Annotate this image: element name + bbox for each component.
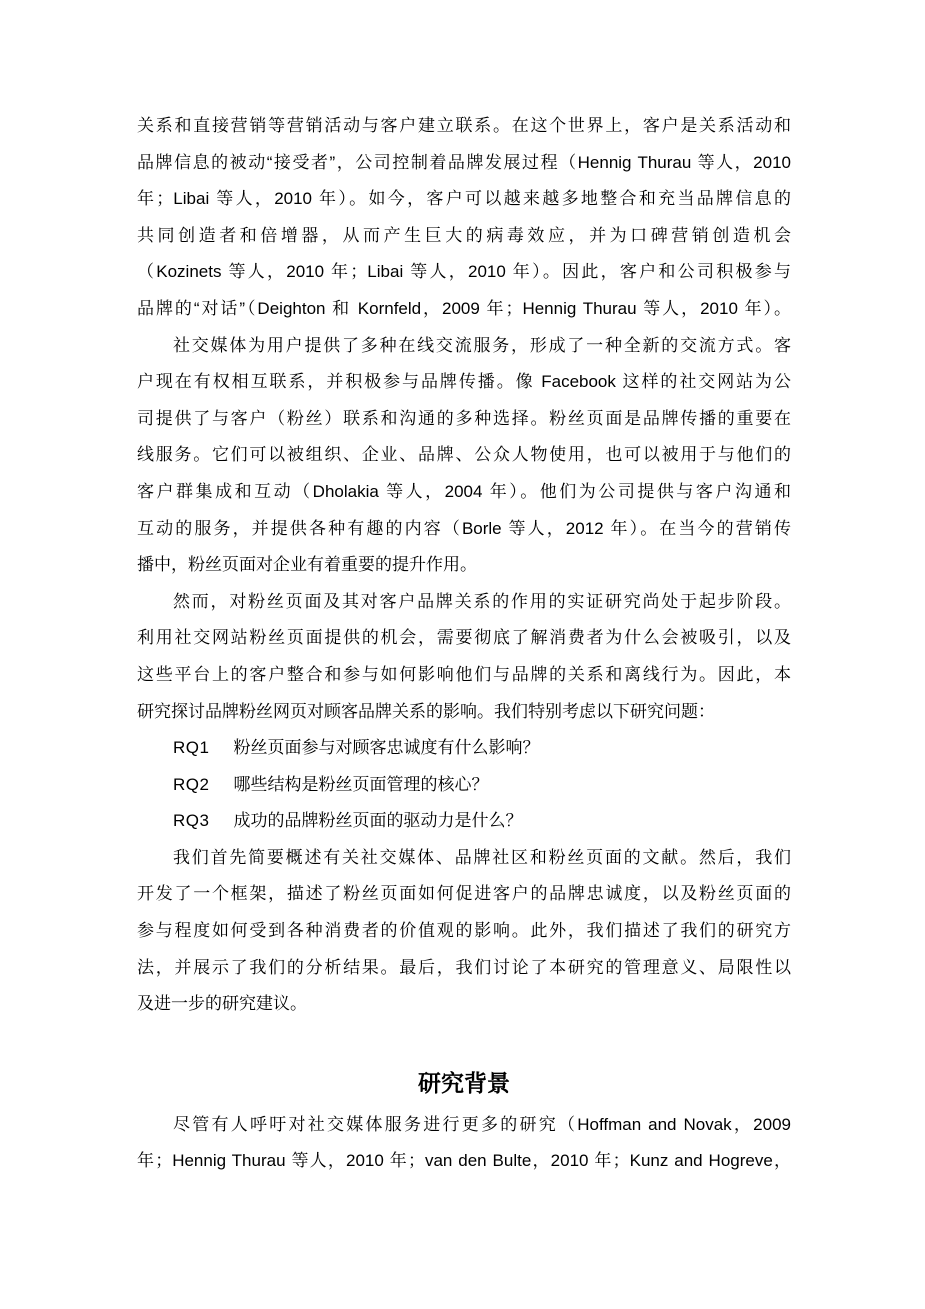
research-question: RQ1粉丝页面参与对顾客忠诚度有什么影响？ [137, 730, 791, 767]
text-line: 利用社交网站粉丝页面提供的机会，需要彻底了解消费者为什么会被吸引，以及 [137, 620, 791, 657]
research-question: RQ2哪些结构是粉丝页面管理的核心？ [137, 767, 791, 804]
text-line: 及进一步的研究建议。 [137, 986, 791, 1023]
text-line: 播中，粉丝页面对企业有着重要的提升作用。 [137, 547, 791, 584]
text-line: 品牌信息的被动“接受者”，公司控制着品牌发展过程（Hennig Thurau 等… [137, 145, 791, 182]
document-page: 关系和直接营销等营销活动与客户建立联系。在这个世界上，客户是关系活动和品牌信息的… [0, 0, 925, 1309]
section-heading: 研究背景 [137, 1063, 791, 1103]
research-question: RQ3成功的品牌粉丝页面的驱动力是什么？ [137, 803, 791, 840]
research-question-label: RQ2 [173, 767, 209, 804]
text-line: 法，并展示了我们的分析结果。最后，我们讨论了本研究的管理意义、局限性以 [137, 950, 791, 987]
text-line: 互动的服务，并提供各种有趣的内容（Borle 等人，2012 年）。在当今的营销… [137, 511, 791, 548]
text-line: 线服务。它们可以被组织、企业、品牌、公众人物使用，也可以被用于与他们的 [137, 437, 791, 474]
text-line: 然而，对粉丝页面及其对客户品牌关系的作用的实证研究尚处于起步阶段。 [137, 584, 791, 621]
text-line: 客户群集成和互动（Dholakia 等人，2004 年）。他们为公司提供与客户沟… [137, 474, 791, 511]
research-question-text: 成功的品牌粉丝页面的驱动力是什么？ [233, 811, 522, 830]
text-line: 共同创造者和倍增器，从而产生巨大的病毒效应，并为口碑营销创造机会 [137, 218, 791, 255]
text-line: （Kozinets 等人，2010 年；Libai 等人，2010 年）。因此，… [137, 254, 791, 291]
text-line: 司提供了与客户（粉丝）联系和沟通的多种选择。粉丝页面是品牌传播的重要在 [137, 401, 791, 438]
text-line: 研究探讨品牌粉丝网页对顾客品牌关系的影响。我们特别考虑以下研究问题： [137, 694, 791, 731]
document-content: 关系和直接营销等营销活动与客户建立联系。在这个世界上，客户是关系活动和品牌信息的… [137, 108, 791, 1180]
text-line: 参与程度如何受到各种消费者的价值观的影响。此外，我们描述了我们的研究方 [137, 913, 791, 950]
text-line: 品牌的“对话”（Deighton 和 Kornfeld，2009 年；Henni… [137, 291, 791, 328]
text-line: 社交媒体为用户提供了多种在线交流服务，形成了一种全新的交流方式。客 [137, 328, 791, 365]
research-question-text: 哪些结构是粉丝页面管理的核心？ [233, 775, 488, 794]
research-question-text: 粉丝页面参与对顾客忠诚度有什么影响？ [233, 738, 539, 757]
text-line: 开发了一个框架，描述了粉丝页面如何促进客户的品牌忠诚度，以及粉丝页面的 [137, 876, 791, 913]
text-line: 关系和直接营销等营销活动与客户建立联系。在这个世界上，客户是关系活动和 [137, 108, 791, 145]
research-question-label: RQ3 [173, 803, 209, 840]
research-question-label: RQ1 [173, 730, 209, 767]
text-line: 年；Hennig Thurau 等人，2010 年；van den Bulte，… [137, 1143, 791, 1180]
text-line: 这些平台上的客户整合和参与如何影响他们与品牌的关系和离线行为。因此，本 [137, 657, 791, 694]
text-line: 年；Libai 等人，2010 年）。如今，客户可以越来越多地整合和充当品牌信息… [137, 181, 791, 218]
text-line: 尽管有人呼吁对社交媒体服务进行更多的研究（Hoffman and Novak，2… [137, 1107, 791, 1144]
text-line: 我们首先简要概述有关社交媒体、品牌社区和粉丝页面的文献。然后，我们 [137, 840, 791, 877]
text-line: 户现在有权相互联系，并积极参与品牌传播。像 Facebook 这样的社交网站为公 [137, 364, 791, 401]
